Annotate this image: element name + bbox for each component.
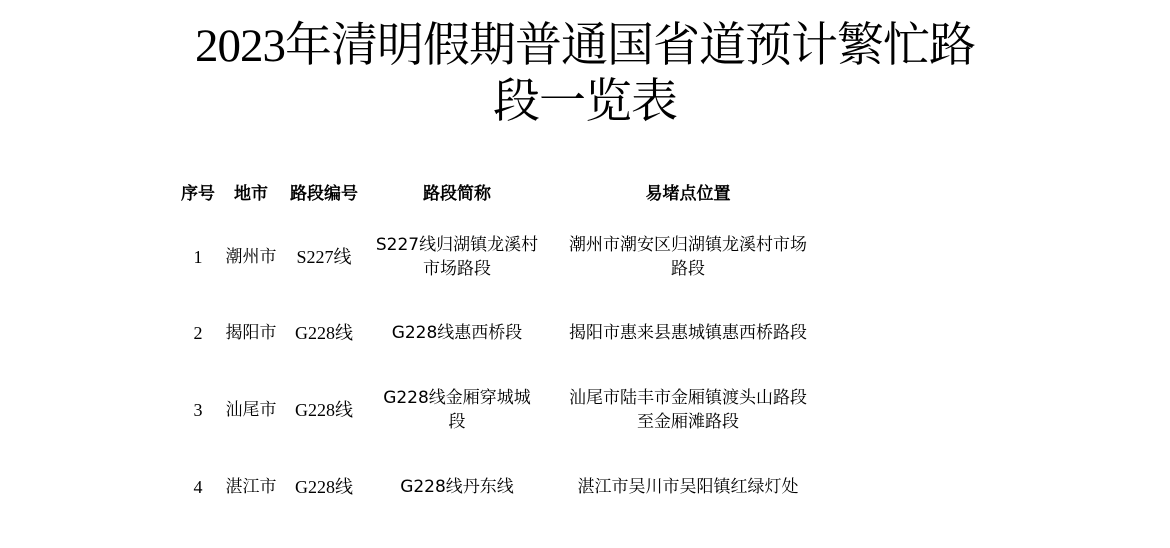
- row-city: 揭阳市: [220, 321, 282, 345]
- row-location: 揭阳市惠来县惠城镇惠西桥路段: [548, 321, 828, 345]
- row-city: 湛江市: [220, 475, 282, 499]
- row-location: 汕尾市陆丰市金厢镇渡头山路段 至金厢滩路段: [548, 386, 828, 434]
- section-name-line: G228线惠西桥段: [364, 321, 550, 345]
- location-line: 湛江市吴川市吴阳镇红绿灯处: [548, 475, 828, 499]
- section-name-line: S227线归湖镇龙溪村: [364, 233, 550, 257]
- header-road-code: 路段编号: [279, 182, 369, 206]
- row-section-name: S227线归湖镇龙溪村 市场路段: [364, 233, 550, 281]
- section-name-line: 段: [364, 410, 550, 434]
- row-index: 4: [173, 475, 223, 499]
- location-line: 至金厢滩路段: [548, 410, 828, 434]
- header-index: 序号: [173, 182, 223, 206]
- row-index: 3: [173, 398, 223, 422]
- row-road-code: G228线: [279, 475, 369, 499]
- row-section-name: G228线金厢穿城城 段: [364, 386, 550, 434]
- section-name-line: G228线丹东线: [364, 475, 550, 499]
- header-location: 易堵点位置: [548, 182, 828, 206]
- location-line: 路段: [548, 257, 828, 281]
- page-title: 2023年清明假期普通国省道预计繁忙路 段一览表: [170, 18, 1000, 130]
- title-line-1: 2023年清明假期普通国省道预计繁忙路: [170, 18, 1000, 74]
- row-road-code: G228线: [279, 398, 369, 422]
- row-road-code: G228线: [279, 321, 369, 345]
- row-city: 潮州市: [220, 245, 282, 269]
- section-name-line: G228线金厢穿城城: [364, 386, 550, 410]
- location-line: 潮州市潮安区归湖镇龙溪村市场: [548, 233, 828, 257]
- title-line-2: 段一览表: [170, 74, 1000, 130]
- row-section-name: G228线丹东线: [364, 475, 550, 499]
- location-line: 揭阳市惠来县惠城镇惠西桥路段: [548, 321, 828, 345]
- row-index: 2: [173, 321, 223, 345]
- location-line: 汕尾市陆丰市金厢镇渡头山路段: [548, 386, 828, 410]
- section-name-line: 市场路段: [364, 257, 550, 281]
- header-city: 地市: [223, 182, 279, 206]
- row-index: 1: [173, 245, 223, 269]
- row-city: 汕尾市: [220, 398, 282, 422]
- row-location: 湛江市吴川市吴阳镇红绿灯处: [548, 475, 828, 499]
- header-section-name: 路段简称: [369, 182, 545, 206]
- row-road-code: S227线: [279, 245, 369, 269]
- row-section-name: G228线惠西桥段: [364, 321, 550, 345]
- row-location: 潮州市潮安区归湖镇龙溪村市场 路段: [548, 233, 828, 281]
